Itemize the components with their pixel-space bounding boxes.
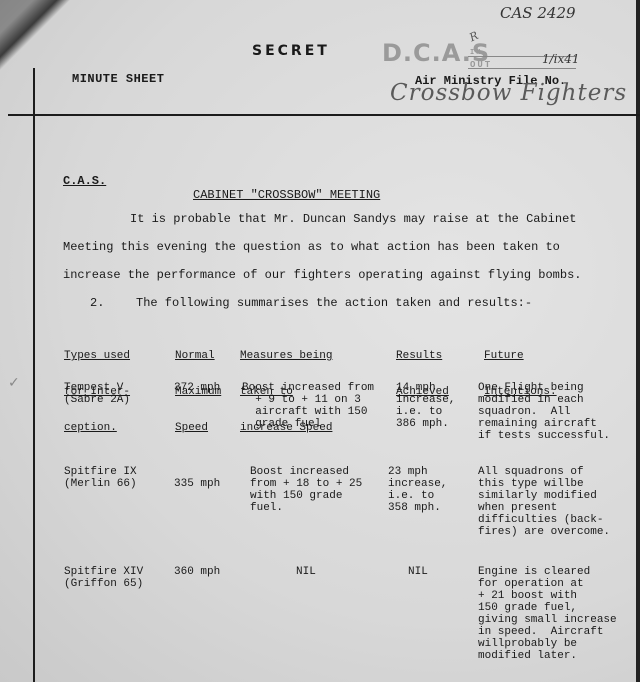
cell-future: Engine is cleared for operation at + 21 … (478, 566, 617, 662)
cell-results: 23 mph increase, i.e. to 358 mph. (388, 466, 447, 514)
check-mark-icon: ✓ (8, 376, 20, 390)
paragraph-1-line: Meeting this evening the question as to … (63, 240, 623, 254)
sheet-title: MINUTE SHEET (72, 72, 164, 86)
handwritten-file-name: Crossbow Fighters (390, 86, 627, 100)
cell-measures: NIL (296, 566, 316, 578)
margin-rule (33, 68, 35, 682)
cell-type: Tempest V (Sabre 2A) (64, 382, 130, 406)
addressee: C.A.S. (63, 174, 106, 188)
cell-future: One Flight being modified in each squadr… (478, 382, 610, 442)
cell-future: All squadrons of this type willbe simila… (478, 466, 610, 538)
stamp-date: 1/ix41 (542, 52, 580, 66)
header-line: ception. (64, 422, 130, 434)
cell-speed: 360 mph (174, 566, 220, 578)
header-line: Speed (175, 422, 221, 434)
classification-label: SECRET (252, 44, 330, 58)
page-fold-shadow (0, 0, 110, 110)
stamp-rule (468, 68, 576, 69)
cell-type: Spitfire IX (Merlin 66) (64, 466, 137, 490)
paragraph-number: 2. (90, 296, 104, 310)
header-line: Types used (64, 350, 130, 362)
header-line: Results (396, 350, 449, 362)
cell-measures: Boost increased from + 9 to + 11 on 3 ai… (242, 382, 374, 430)
header-line: Future (484, 350, 557, 362)
cell-results: 14 mph increase, i.e. to 386 mph. (396, 382, 455, 430)
stamp-out-label: OUT (470, 58, 492, 72)
memo-title: CABINET "CROSSBOW" MEETING (193, 188, 380, 202)
cell-speed: 335 mph (174, 478, 220, 490)
cell-results: NIL (408, 566, 428, 578)
page-edge (636, 0, 640, 682)
handwritten-reference: CAS 2429 (500, 6, 576, 20)
cell-measures: Boost increased from + 18 to + 25 with 1… (250, 466, 362, 514)
paragraph-1-line: increase the performance of our fighters… (63, 268, 623, 282)
header-rule (8, 114, 640, 116)
paragraph-1-line: It is probable that Mr. Duncan Sandys ma… (130, 212, 640, 226)
cell-type: Spitfire XIV (Griffon 65) (64, 566, 143, 590)
paragraph-2: The following summarises the action take… (136, 296, 532, 310)
document-page: CAS 2429 R SECRET D.C.A.S IN OUT 1/ix41 … (0, 0, 640, 682)
cell-speed: 372 mph (174, 382, 220, 394)
header-line: Measures being (240, 350, 332, 362)
header-line: Normal (175, 350, 221, 362)
